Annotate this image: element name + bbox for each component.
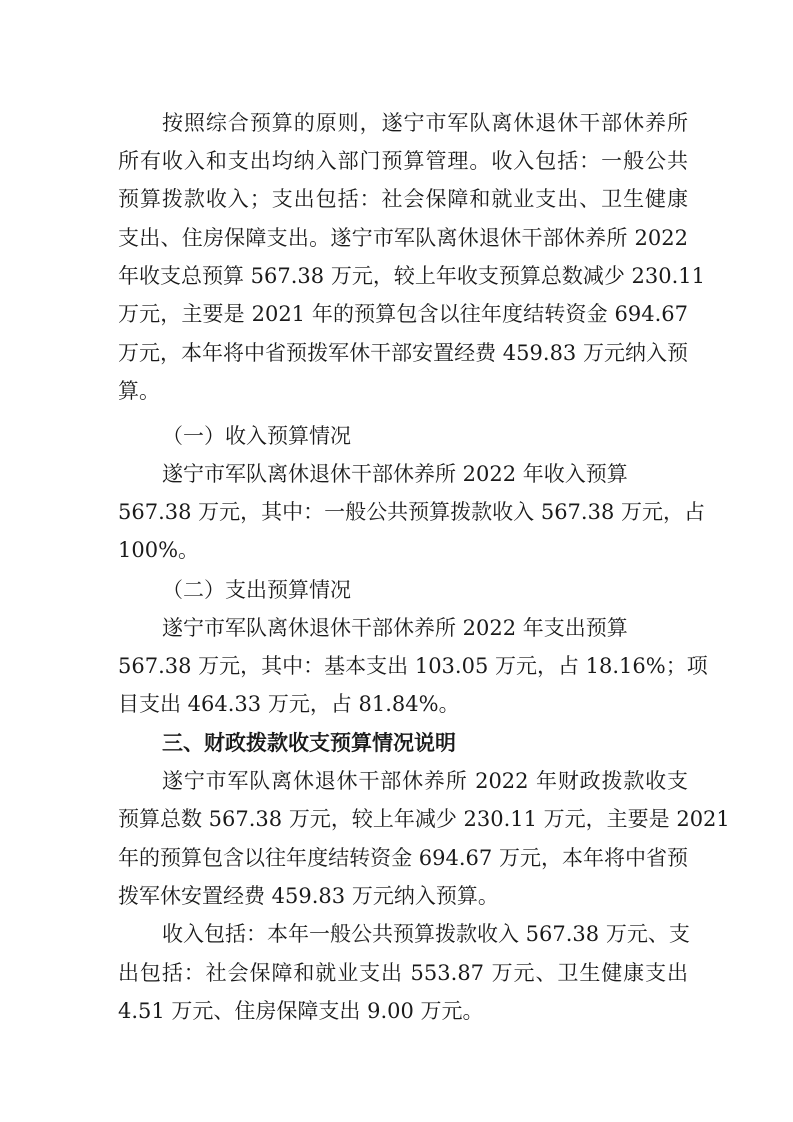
paragraph-line: 100%。 [118, 535, 688, 565]
paragraph-line: 预算拨款收入；支出包括：社会保障和就业支出、卫生健康 [118, 184, 688, 214]
paragraph-line: 遂宁市军队离休退休干部休养所 2022 年财政拨款收支 [162, 766, 688, 796]
paragraph-line: 万元，本年将中省预拨军休干部安置经费 459.83 万元纳入预 [118, 338, 688, 368]
paragraph-line: 遂宁市军队离休退休干部休养所 2022 年支出预算 [162, 613, 688, 643]
subheading-expense-budget: （二）支出预算情况 [162, 575, 688, 605]
paragraph-line: 4.51 万元、住房保障支出 9.00 万元。 [118, 996, 688, 1026]
paragraph-line: 567.38 万元，其中：一般公共预算拨款收入 567.38 万元，占 [118, 497, 688, 527]
paragraph-line: 拨军休安置经费 459.83 万元纳入预算。 [118, 881, 688, 911]
paragraph-line: 收入包括：本年一般公共预算拨款收入 567.38 万元、支 [162, 919, 688, 949]
paragraph-line: 算。 [118, 376, 688, 406]
paragraph-line: 按照综合预算的原则，遂宁市军队离休退休干部休养所 [162, 108, 688, 138]
section-heading-fiscal-appropriation: 三、财政拨款收支预算情况说明 [162, 728, 688, 758]
paragraph-line: 出包括：社会保障和就业支出 553.87 万元、卫生健康支出 [118, 958, 688, 988]
paragraph-line: 万元，主要是 2021 年的预算包含以往年度结转资金 694.67 [118, 299, 688, 329]
subheading-income-budget: （一）收入预算情况 [162, 421, 688, 451]
paragraph-line: 567.38 万元，其中：基本支出 103.05 万元，占 18.16%；项 [118, 651, 688, 681]
paragraph-line: 年收支总预算 567.38 万元，较上年收支预算总数减少 230.11 [118, 261, 688, 291]
paragraph-line: 遂宁市军队离休退休干部休养所 2022 年收入预算 [162, 459, 688, 489]
paragraph-line: 目支出 464.33 万元，占 81.84%。 [118, 689, 688, 719]
paragraph-line: 支出、住房保障支出。遂宁市军队离休退休干部休养所 2022 [118, 223, 688, 253]
document-page: 按照综合预算的原则，遂宁市军队离休退休干部休养所 所有收入和支出均纳入部门预算管… [0, 0, 793, 1122]
paragraph-line: 所有收入和支出均纳入部门预算管理。收入包括：一般公共 [118, 146, 688, 176]
paragraph-line: 预算总数 567.38 万元，较上年减少 230.11 万元，主要是 2021 [118, 804, 688, 834]
paragraph-line: 年的预算包含以往年度结转资金 694.67 万元，本年将中省预 [118, 843, 688, 873]
